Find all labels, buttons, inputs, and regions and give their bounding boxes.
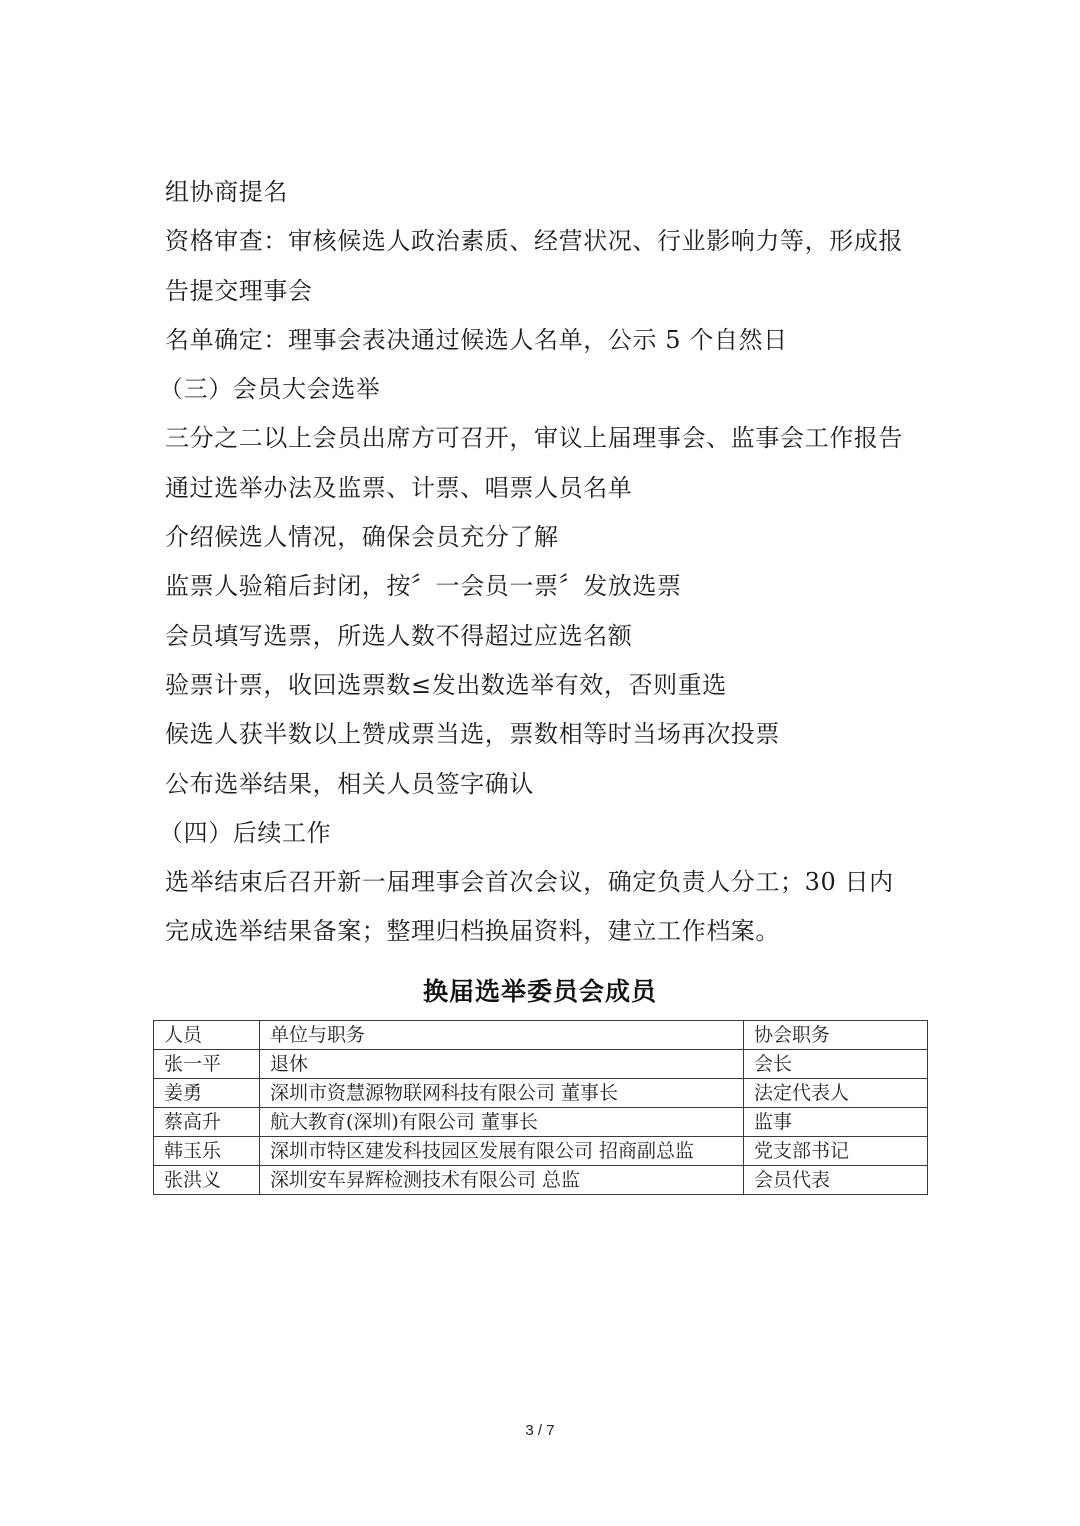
cell-organization: 深圳市资慧源物联网科技有限公司 董事长	[260, 1079, 744, 1108]
table-row: 蔡高升 航大教育(深圳)有限公司 董事长 监事	[154, 1108, 928, 1137]
cell-organization: 航大教育(深圳)有限公司 董事长	[260, 1108, 744, 1137]
cell-person: 张洪义	[154, 1166, 260, 1195]
section-heading: （三）会员大会选举	[159, 365, 925, 414]
paragraph-line: 监票人验箱后封闭，按〞一会员一票〞发放选票	[165, 562, 925, 611]
paragraph-line: 验票计票，收回选票数≤发出数选举有效，否则重选	[165, 661, 925, 710]
paragraph-line: 资格审查：审核候选人政治素质、经营状况、行业影响力等，形成报	[165, 217, 925, 266]
paragraph-line: 告提交理事会	[165, 267, 925, 316]
cell-organization: 深圳市特区建发科技园区发展有限公司 招商副总监	[260, 1137, 744, 1166]
paragraph-line: 组协商提名	[165, 168, 925, 217]
cell-association-role: 党支部书记	[744, 1137, 928, 1166]
cell-organization: 深圳安车昇辉检测技术有限公司 总监	[260, 1166, 744, 1195]
cell-association-role: 法定代表人	[744, 1079, 928, 1108]
paragraph-line: 公布选举结果，相关人员签字确认	[165, 760, 925, 809]
table-header-row: 人员 单位与职务 协会职务	[154, 1021, 928, 1050]
table-row: 张洪义 深圳安车昇辉检测技术有限公司 总监 会员代表	[154, 1166, 928, 1195]
cell-association-role: 会长	[744, 1050, 928, 1079]
header-cell-association-role: 协会职务	[744, 1021, 928, 1050]
paragraph-line: 会员填写选票，所选人数不得超过应选名额	[165, 612, 925, 661]
table-title: 换届选举委员会成员	[0, 972, 1080, 1008]
body-text: 组协商提名 资格审查：审核候选人政治素质、经营状况、行业影响力等，形成报 告提交…	[165, 168, 925, 957]
paragraph-line: 介绍候选人情况，确保会员充分了解	[165, 513, 925, 562]
cell-person: 蔡高升	[154, 1108, 260, 1137]
page-number: 3 / 7	[0, 1422, 1080, 1439]
paragraph-line: 完成选举结果备案；整理归档换届资料，建立工作档案。	[165, 907, 925, 956]
paragraph-line: 名单确定：理事会表决通过候选人名单，公示 5 个自然日	[165, 316, 925, 365]
header-cell-person: 人员	[154, 1021, 260, 1050]
cell-association-role: 监事	[744, 1108, 928, 1137]
committee-members-table: 人员 单位与职务 协会职务 张一平 退休 会长 姜勇 深圳市资慧源物联网科技有限…	[153, 1020, 928, 1195]
paragraph-line: 选举结束后召开新一届理事会首次会议，确定负责人分工；30 日内	[165, 858, 925, 907]
cell-person: 韩玉乐	[154, 1137, 260, 1166]
table-row: 张一平 退休 会长	[154, 1050, 928, 1079]
cell-person: 张一平	[154, 1050, 260, 1079]
paragraph-line: 通过选举办法及监票、计票、唱票人员名单	[165, 464, 925, 513]
document-page: 组协商提名 资格审查：审核候选人政治素质、经营状况、行业影响力等，形成报 告提交…	[0, 0, 1080, 1526]
cell-organization: 退休	[260, 1050, 744, 1079]
table-row: 姜勇 深圳市资慧源物联网科技有限公司 董事长 法定代表人	[154, 1079, 928, 1108]
section-heading: （四）后续工作	[159, 809, 925, 858]
paragraph-line: 三分之二以上会员出席方可召开，审议上届理事会、监事会工作报告	[165, 414, 925, 463]
table-row: 韩玉乐 深圳市特区建发科技园区发展有限公司 招商副总监 党支部书记	[154, 1137, 928, 1166]
cell-person: 姜勇	[154, 1079, 260, 1108]
paragraph-line: 候选人获半数以上赞成票当选，票数相等时当场再次投票	[165, 710, 925, 759]
cell-association-role: 会员代表	[744, 1166, 928, 1195]
header-cell-organization: 单位与职务	[260, 1021, 744, 1050]
